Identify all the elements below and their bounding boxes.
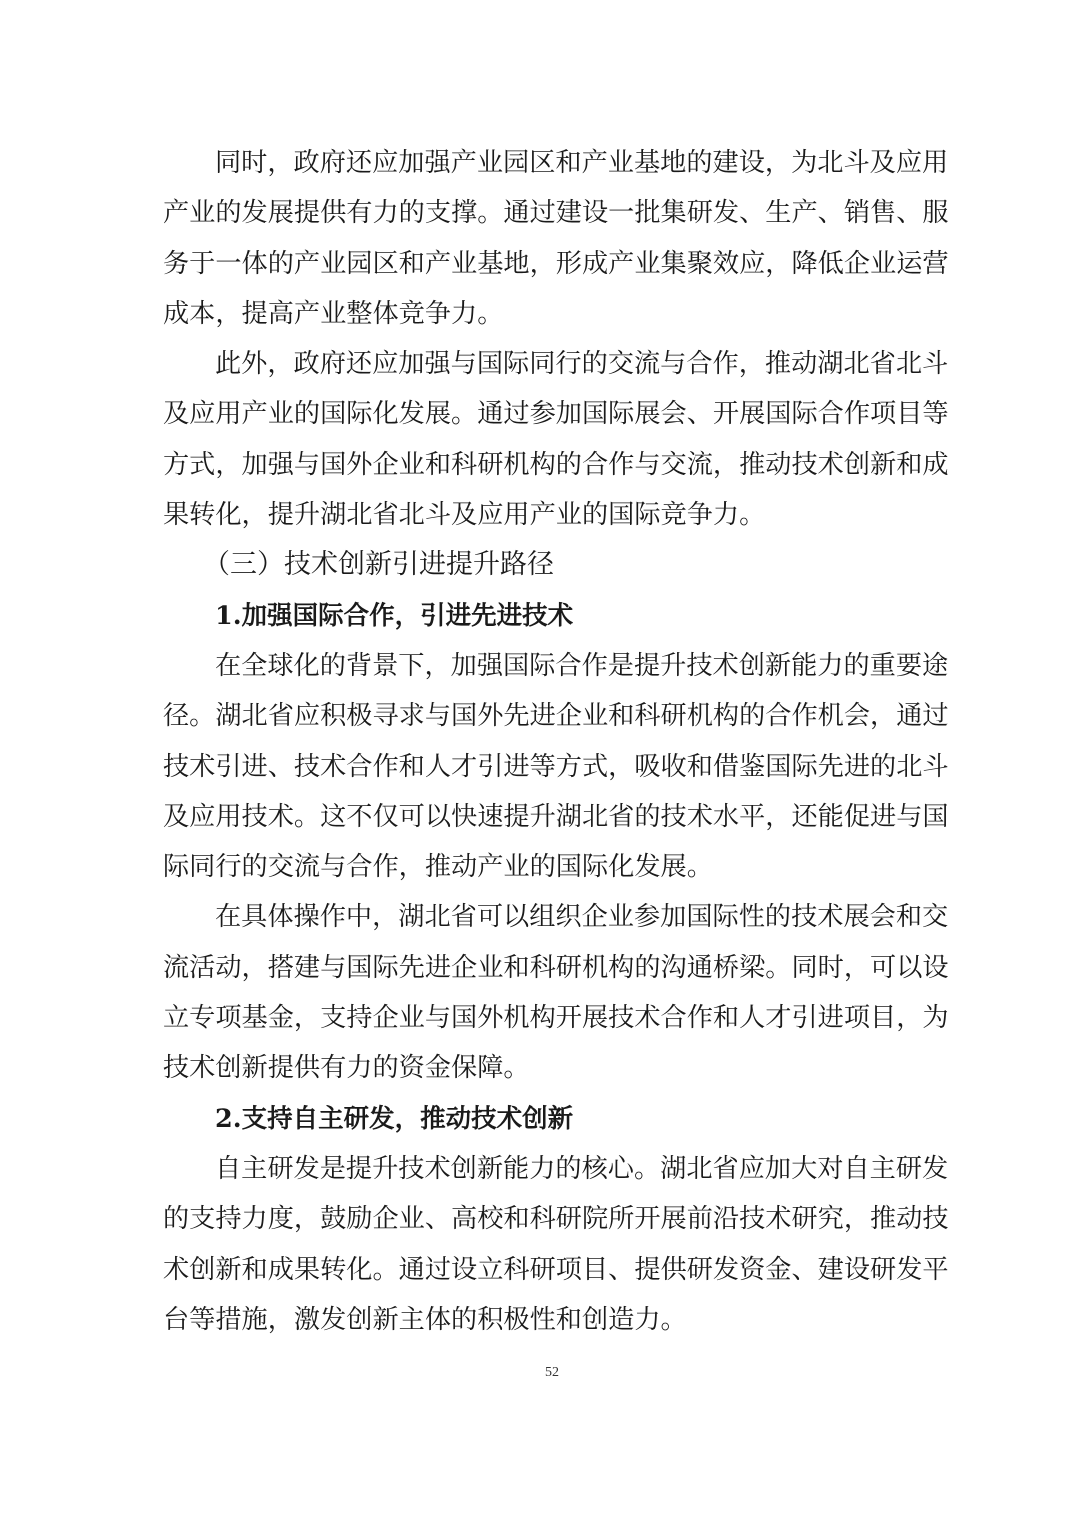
text-line: 立专项基金，支持企业与国外机构开展技术合作和人才引进项目，为: [163, 993, 915, 1043]
text-line: 同时，政府还应加强产业园区和产业基地的建设，为北斗及应用: [163, 138, 915, 188]
text-line: 及应用产业的国际化发展。通过参加国际展会、开展国际合作项目等: [163, 389, 915, 439]
text-line: 技术引进、技术合作和人才引进等方式，吸收和借鉴国际先进的北斗: [163, 742, 915, 792]
text-line: 方式，加强与国外企业和科研机构的合作与交流，推动技术创新和成: [163, 440, 915, 490]
text-line: 术创新和成果转化。通过设立科研项目、提供研发资金、建设研发平: [163, 1245, 915, 1295]
text-line: 自主研发是提升技术创新能力的核心。湖北省应加大对自主研发: [163, 1144, 915, 1194]
text-line: 技术创新提供有力的资金保障。: [163, 1043, 915, 1093]
paragraph: 此外，政府还应加强与国际同行的交流与合作，推动湖北省北斗 及应用产业的国际化发展…: [163, 339, 915, 540]
paragraph: 自主研发是提升技术创新能力的核心。湖北省应加大对自主研发 的支持力度，鼓励企业、…: [163, 1144, 915, 1345]
text-line: 的支持力度，鼓励企业、高校和科研院所开展前沿技术研究，推动技: [163, 1194, 915, 1244]
text-line: 在具体操作中，湖北省可以组织企业参加国际性的技术展会和交: [163, 892, 915, 942]
page-number: 52: [0, 1365, 1074, 1381]
section-heading: （三）技术创新引进提升路径: [163, 540, 915, 590]
text-line: 台等措施，激发创新主体的积极性和创造力。: [163, 1295, 915, 1345]
document-page: 同时，政府还应加强产业园区和产业基地的建设，为北斗及应用 产业的发展提供有力的支…: [163, 138, 915, 1345]
subsection-heading: 2.支持自主研发，推动技术创新: [163, 1094, 915, 1144]
text-line: 果转化，提升湖北省北斗及应用产业的国际竞争力。: [163, 490, 915, 540]
text-line: 在全球化的背景下，加强国际合作是提升技术创新能力的重要途: [163, 641, 915, 691]
text-line: 径。湖北省应积极寻求与国外先进企业和科研机构的合作机会，通过: [163, 691, 915, 741]
paragraph: 在全球化的背景下，加强国际合作是提升技术创新能力的重要途 径。湖北省应积极寻求与…: [163, 641, 915, 892]
text-line: 务于一体的产业园区和产业基地，形成产业集聚效应，降低企业运营: [163, 239, 915, 289]
text-line: 成本，提高产业整体竞争力。: [163, 289, 915, 339]
text-line: 流活动，搭建与国际先进企业和科研机构的沟通桥梁。同时，可以设: [163, 943, 915, 993]
text-line: 此外，政府还应加强与国际同行的交流与合作，推动湖北省北斗: [163, 339, 915, 389]
text-line: 际同行的交流与合作，推动产业的国际化发展。: [163, 842, 915, 892]
text-line: 及应用技术。这不仅可以快速提升湖北省的技术水平，还能促进与国: [163, 792, 915, 842]
paragraph: 在具体操作中，湖北省可以组织企业参加国际性的技术展会和交 流活动，搭建与国际先进…: [163, 892, 915, 1093]
subsection-heading: 1.加强国际合作，引进先进技术: [163, 591, 915, 641]
text-line: 产业的发展提供有力的支撑。通过建设一批集研发、生产、销售、服: [163, 188, 915, 238]
paragraph: 同时，政府还应加强产业园区和产业基地的建设，为北斗及应用 产业的发展提供有力的支…: [163, 138, 915, 339]
